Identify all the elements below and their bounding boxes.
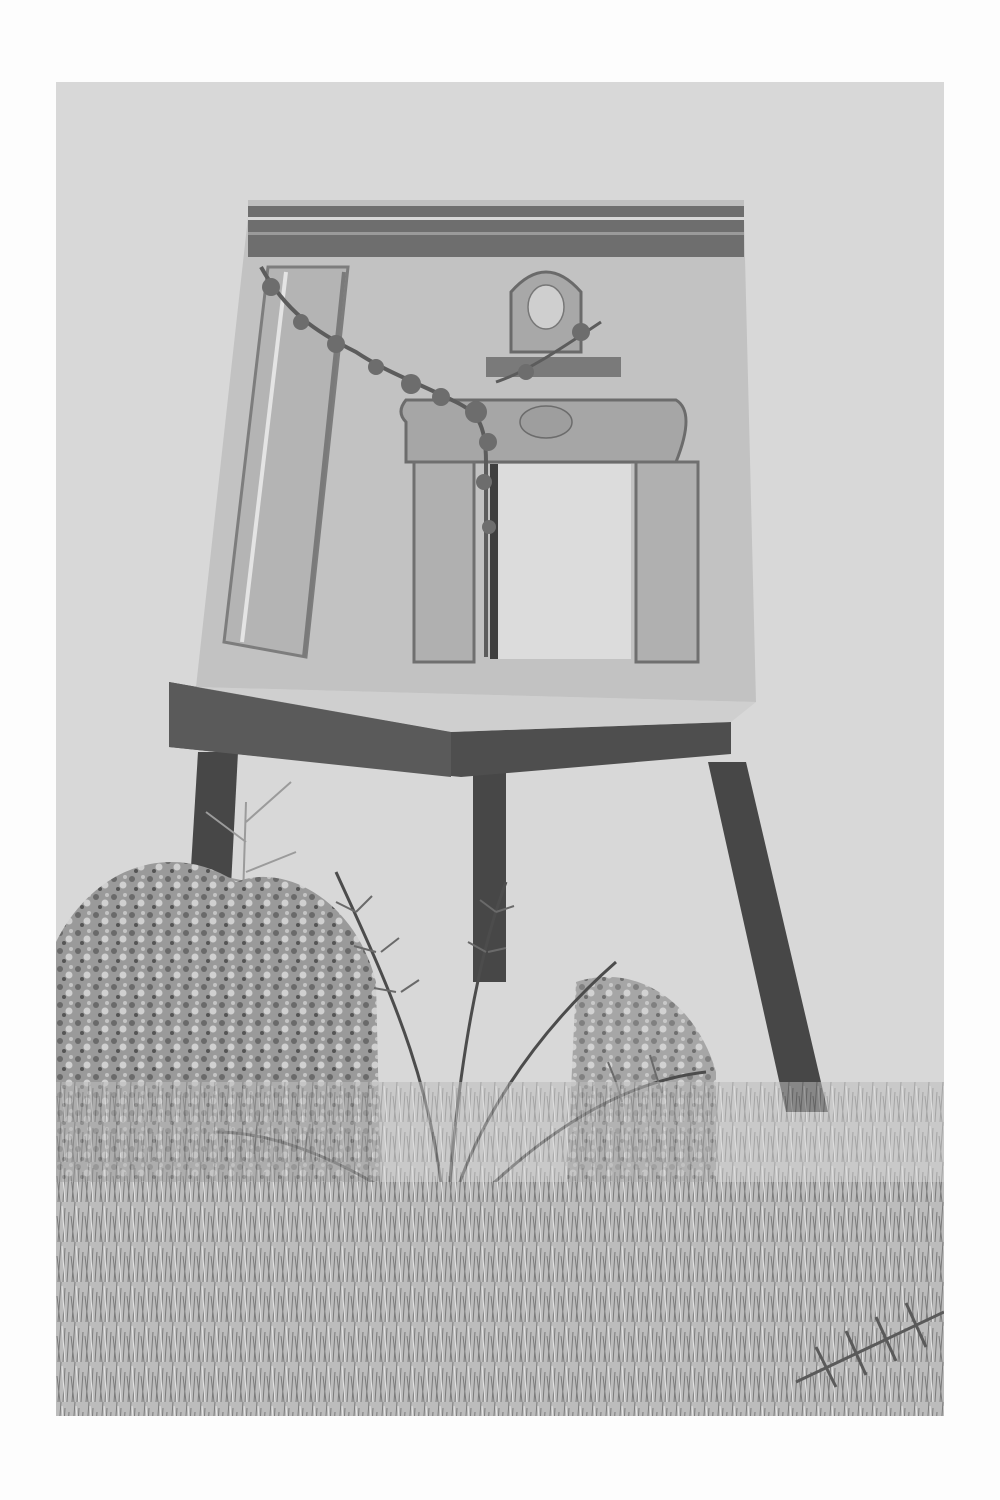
- photo-scene: [56, 82, 944, 1416]
- photograph: Sculptural building facade with window o…: [56, 82, 944, 1416]
